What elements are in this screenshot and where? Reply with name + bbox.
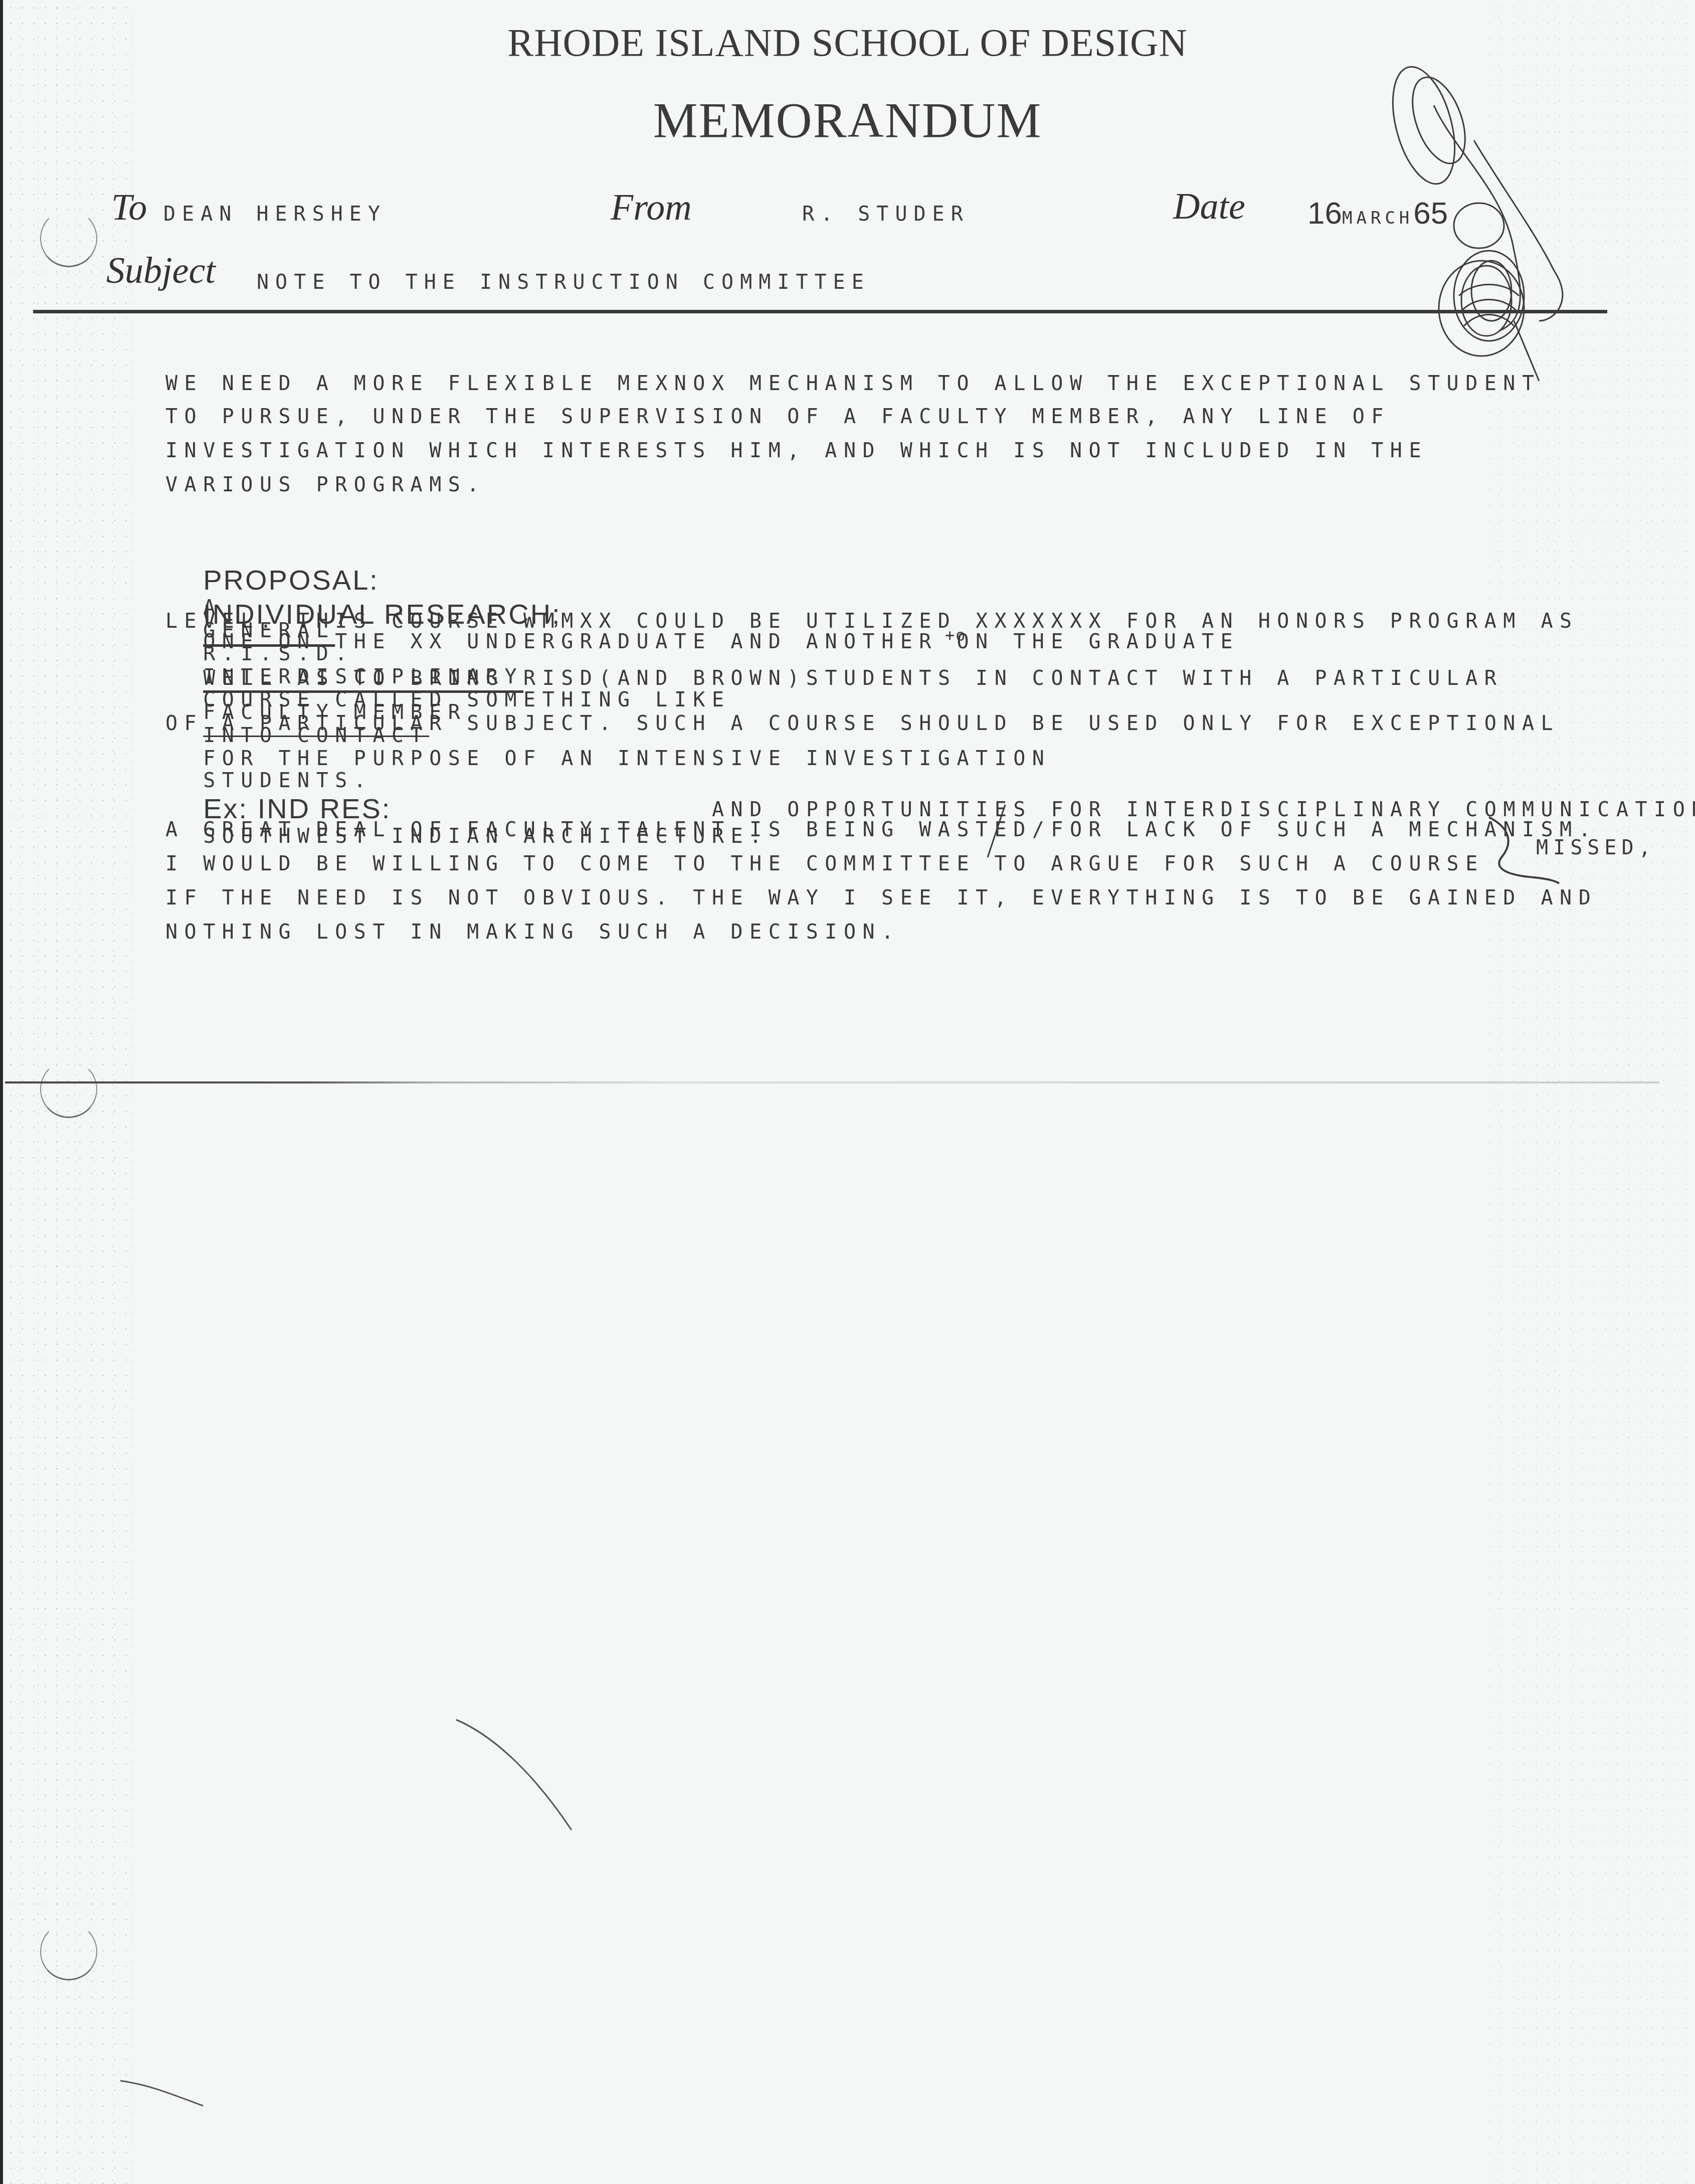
hole-punch-mark <box>40 1060 97 1118</box>
body-line: TO PURSUE, UNDER THE SUPERVISION OF A FA… <box>165 405 1390 428</box>
hole-punch-mark <box>40 1923 97 1980</box>
body-line: VARIOUS PROGRAMS. <box>165 473 486 496</box>
subject-value: NOTE TO THE INSTRUCTION COMMITTEE <box>257 271 870 294</box>
hole-punch-mark <box>40 210 97 267</box>
fold-line <box>5 1081 1659 1083</box>
body-line: OF A PARTICULAR SUBJECT. SUCH A COURSE S… <box>165 712 1560 735</box>
header-rule <box>33 310 1607 313</box>
body-line: I WOULD BE WILLING TO COME TO THE COMMIT… <box>165 852 1484 875</box>
to-label: To <box>111 187 147 229</box>
text: STUDENTS. <box>203 769 372 792</box>
insert-mark: +o <box>945 626 967 645</box>
body-line: WE NEED A MORE FLEXIBLE MEXNOX MECHANISM… <box>165 372 1541 395</box>
from-label: From <box>611 187 692 229</box>
institution-name: RHODE ISLAND SCHOOL OF DESIGN <box>0 20 1695 65</box>
body-line: A GREAT DEAL OF FACULTY TALENT IS BEING … <box>165 818 1597 841</box>
body-line: LEVEL. THIS COURSE WMMXX COULD BE UTILIZ… <box>165 610 1579 633</box>
scan-edge <box>0 0 3 2184</box>
to-value: DEAN HERSHEY <box>163 203 387 226</box>
body-line: IF THE NEED IS NOT OBVIOUS. THE WAY I SE… <box>165 886 1597 909</box>
pen-stroke <box>451 1715 582 1845</box>
pen-stroke <box>115 2076 216 2116</box>
insertion-curve <box>1454 812 1584 887</box>
doodle-sketch <box>1374 60 1614 381</box>
from-value: R. STUDER <box>802 203 970 226</box>
date-day: 16 <box>1307 196 1342 231</box>
subject-label: Subject <box>106 250 216 292</box>
date-label: Date <box>1173 186 1245 228</box>
body-line: NOTHING LOST IN MAKING SUCH A DECISION. <box>165 921 900 944</box>
body-line: INVESTIGATION WHICH INTERESTS HIM, AND W… <box>165 439 1428 462</box>
